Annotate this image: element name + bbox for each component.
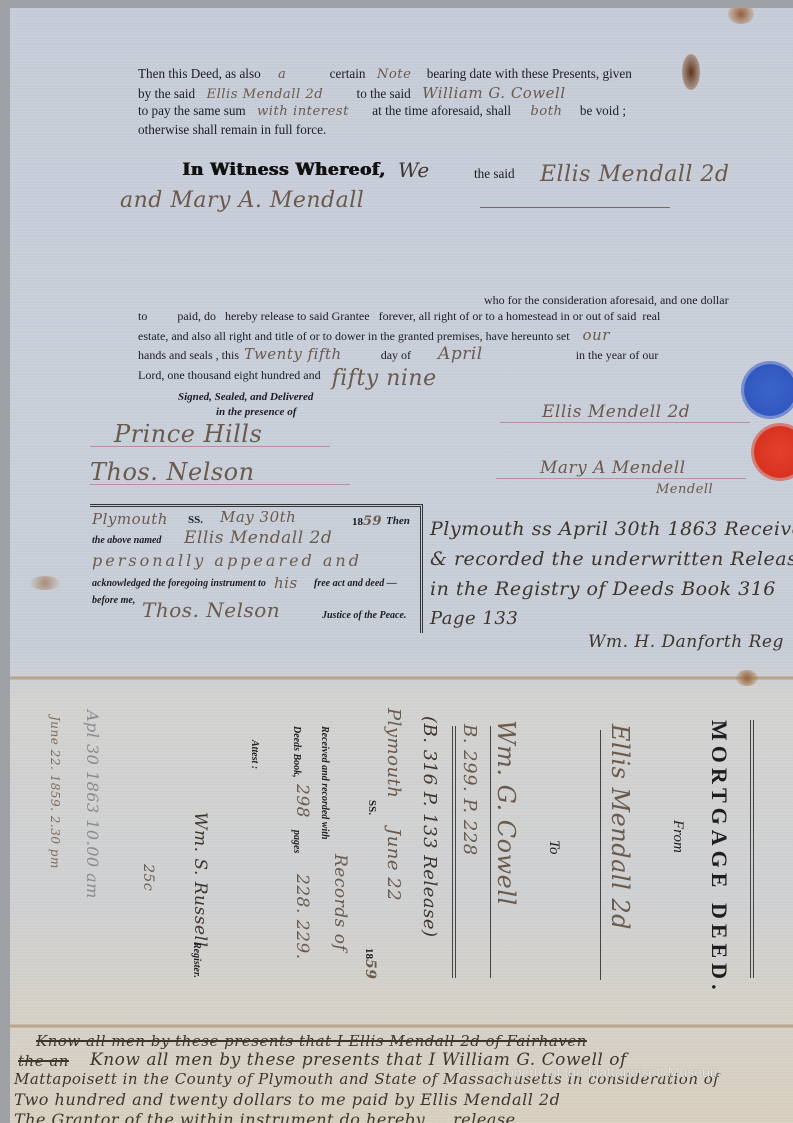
struck-through-line: Know all men by these presents that I El… bbox=[36, 1032, 587, 1050]
grantor-signature-1: Ellis Mendell 2d bbox=[542, 402, 690, 422]
before-me-label: before me, bbox=[92, 595, 135, 606]
witness-signature-1: Prince Hills bbox=[114, 420, 262, 448]
witness-heading: In Witness Whereof, bbox=[182, 160, 385, 180]
docket-pages-label: pages bbox=[291, 830, 302, 853]
docket-to-label: To bbox=[545, 840, 562, 854]
witness-signature-2: Thos. Nelson bbox=[90, 458, 255, 486]
signature-line bbox=[90, 446, 330, 447]
docket-date: June 22 bbox=[383, 828, 404, 901]
printed-text: the said bbox=[474, 166, 515, 182]
handwritten-text: 59 bbox=[362, 959, 378, 979]
ss-label: SS. bbox=[188, 514, 203, 526]
witness-pronoun: We bbox=[398, 158, 430, 182]
printed-text: be void ; bbox=[580, 103, 626, 118]
release-text-line-4: The Grantor of the within instrument do … bbox=[14, 1110, 516, 1123]
paper-fold bbox=[10, 676, 793, 680]
justice-title: Justice of the Peace. bbox=[322, 610, 406, 621]
docket-margin-note-2: Apl 30 1863 10.00 am bbox=[83, 710, 102, 899]
presence-label: in the presence of bbox=[216, 406, 296, 418]
signature-correction: Mendell bbox=[656, 482, 713, 497]
release-line-1: who for the consideration aforesaid, and… bbox=[484, 293, 729, 308]
ack-appeared: personally appeared and bbox=[92, 551, 362, 570]
witness-name-2: and Mary A. Mendall bbox=[120, 188, 364, 213]
docket-from-label: From bbox=[669, 820, 686, 853]
docket-register-signature: Wm. S. Russell bbox=[190, 812, 210, 947]
registry-note-line-2: & recorded the underwritten Release bbox=[430, 548, 793, 570]
rust-stain bbox=[682, 54, 700, 90]
docket-received-label: Received and recorded with bbox=[319, 726, 330, 840]
printed-text: estate, and also all right and title of … bbox=[138, 329, 570, 343]
acknowledged-label: acknowledged the foregoing instrument to bbox=[92, 578, 266, 589]
handwritten-text: Note bbox=[377, 67, 412, 82]
witness-name-1: Ellis Mendall 2d bbox=[540, 162, 730, 187]
blue-wax-seal bbox=[744, 364, 793, 416]
clause-line-2: by the said Ellis Mendall 2d to the said… bbox=[138, 84, 566, 102]
registry-note-signature: Wm. H. Danforth Reg bbox=[588, 632, 784, 652]
ack-year: 1859 bbox=[352, 514, 382, 529]
release-text-line-3: Two hundred and twenty dollars to me pai… bbox=[14, 1090, 560, 1109]
printed-text: by the said bbox=[138, 86, 195, 101]
handwritten-text: William G. Cowell bbox=[422, 84, 566, 102]
free-act-label: free act and deed — bbox=[314, 578, 397, 589]
docket-to-name: Wm. G. Cowell bbox=[492, 720, 520, 906]
docket-ss: SS. bbox=[366, 800, 378, 815]
ack-pronoun: his bbox=[274, 574, 298, 592]
printed-text: Lord, one thousand eight hundred and bbox=[138, 368, 321, 382]
grantor-signature-2: Mary A Mendell bbox=[540, 458, 686, 478]
release-line-5: Lord, one thousand eight hundred and fif… bbox=[138, 360, 437, 385]
museum-watermark: Property of the Mattapoisett Museum bbox=[492, 1064, 722, 1080]
printed-text: bearing date with these Presents, given bbox=[427, 66, 632, 81]
docket-title: MORTGAGE DEED. bbox=[706, 720, 732, 995]
docket-records: Records of bbox=[330, 854, 350, 951]
justice-signature: Thos. Nelson bbox=[142, 598, 280, 622]
signature-line bbox=[500, 422, 750, 423]
ack-date: May 30th bbox=[220, 508, 296, 526]
paper-fold bbox=[10, 1024, 793, 1028]
clause-line-3: to pay the same sum with interest at the… bbox=[138, 103, 626, 119]
registry-note-line-3: in the Registry of Deeds Book 316 bbox=[430, 578, 776, 600]
signed-sealed-label: Signed, Sealed, and Delivered bbox=[178, 391, 313, 403]
printed-text: at the time aforesaid, shall bbox=[372, 103, 511, 118]
docket-deeds-book-label: Deeds Book, bbox=[291, 726, 302, 778]
docket-deeds-book: 298 bbox=[292, 784, 312, 818]
printed-text: in the year of our bbox=[576, 348, 659, 362]
clause-line-1: Then this Deed, as also a certain Note b… bbox=[138, 66, 632, 82]
docket-margin-note-1: June 22. 1859. 2.30 pm bbox=[48, 716, 62, 869]
handwritten-text: with interest bbox=[257, 104, 349, 119]
release-line-3: estate, and also all right and title of … bbox=[138, 326, 610, 344]
registry-note-line-1: Plymouth ss April 30th 1863 Received bbox=[430, 518, 793, 540]
ack-place: Plymouth bbox=[92, 510, 168, 528]
printed-text: to the said bbox=[357, 86, 411, 101]
red-wax-seal bbox=[754, 426, 793, 478]
printed-text: to pay the same sum bbox=[138, 103, 246, 118]
printed-text: 18 bbox=[352, 516, 363, 528]
handwritten-month: April bbox=[438, 344, 483, 364]
docket-attest-label: Attest : bbox=[249, 740, 260, 769]
then-label: Then bbox=[386, 515, 410, 527]
registry-note-line-4: Page 133 bbox=[430, 608, 518, 629]
docket-book-ref: B. 299. P. 228 bbox=[459, 724, 480, 856]
clause-line-4: otherwise shall remain in full force. bbox=[138, 122, 326, 138]
docket-rule bbox=[600, 730, 601, 980]
docket-county: Plymouth bbox=[383, 708, 404, 798]
docket-rule bbox=[490, 726, 491, 978]
document-page: Then this Deed, as also a certain Note b… bbox=[10, 8, 793, 1123]
handwritten-year: fifty nine bbox=[332, 366, 437, 391]
signature-line bbox=[496, 478, 746, 479]
docket-fee: 25c bbox=[140, 864, 156, 891]
printed-text: 18 bbox=[363, 948, 375, 959]
struck-through-text: the an bbox=[18, 1052, 69, 1070]
docket-rule bbox=[452, 726, 453, 978]
handwritten-text: a bbox=[278, 67, 286, 82]
docket-release-ref: (B. 316 P. 133 Release) bbox=[419, 716, 440, 938]
handwritten-text: 59 bbox=[363, 514, 382, 529]
rust-stain bbox=[728, 8, 754, 24]
docket-year: 1859 bbox=[362, 948, 378, 979]
docket-pages: 228. 229. bbox=[292, 874, 312, 960]
underline bbox=[480, 207, 670, 208]
ack-name: Ellis Mendall 2d bbox=[184, 528, 332, 548]
signature-line bbox=[90, 484, 350, 485]
docket-from-name: Ellis Mendall 2d bbox=[606, 724, 634, 930]
above-named-label: the above named bbox=[92, 535, 161, 546]
docket-register-label: Register. bbox=[191, 942, 202, 978]
printed-text: certain bbox=[330, 66, 366, 81]
rust-stain bbox=[30, 576, 60, 590]
printed-text: Then this Deed, as also bbox=[138, 66, 261, 81]
handwritten-text: Ellis Mendall 2d bbox=[206, 87, 323, 102]
release-line-2: to paid, do hereby release to said Grant… bbox=[138, 309, 660, 324]
handwritten-text: our bbox=[583, 326, 610, 344]
handwritten-text: both bbox=[530, 104, 562, 119]
docket-rule bbox=[750, 720, 751, 978]
